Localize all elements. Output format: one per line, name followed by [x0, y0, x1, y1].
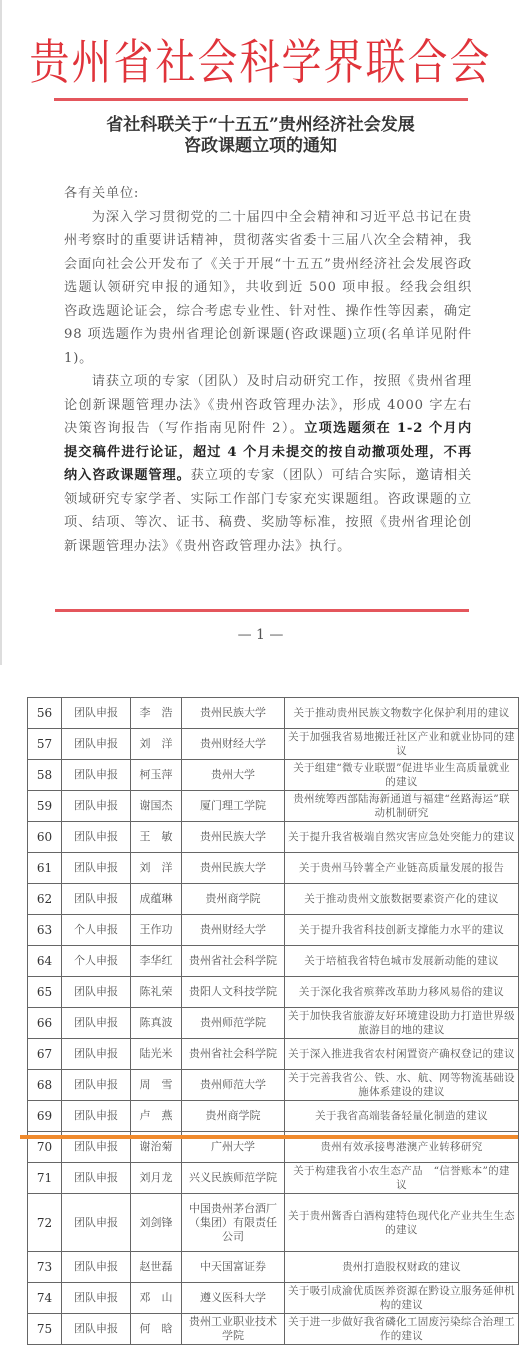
application-type-cell: 团队申报	[62, 1008, 131, 1039]
paragraph-2: 请获立项的专家（团队）及时启动研究工作，按照《贵州省理论创新课题管理办法》《贵州…	[64, 370, 472, 558]
applicant-name-cell: 卢 燕	[131, 1101, 182, 1132]
row-number-cell: 56	[28, 698, 62, 729]
table-row: 66团队申报陈真波贵州师范学院关于加快我省旅游友好环境建设助力打造世界级旅游目的…	[28, 1008, 519, 1039]
table-row: 62团队申报成蕴琳贵州商学院关于推动贵州文旅数据要素资产化的建议	[28, 884, 519, 915]
project-title-cell: 关于吸引成渝优质医养资源在黔设立服务延伸机构的建议	[285, 1283, 519, 1314]
project-title-cell: 贵州打造股权财政的建议	[285, 1252, 519, 1283]
project-title-cell: 关于深化我省殡葬改革助力移风易俗的建议	[285, 977, 519, 1008]
institution-cell: 贵州商学院	[182, 1101, 285, 1132]
applicant-name-cell: 谢国杰	[131, 791, 182, 822]
project-title-cell: 关于深入推进我省农村闲置资产确权登记的建议	[285, 1039, 519, 1070]
title-line-1: 省社科联关于“十五五”贵州经济社会发展	[2, 115, 519, 136]
applicant-name-cell: 柯玉萍	[131, 760, 182, 791]
institution-cell: 贵州省社会科学院	[182, 946, 285, 977]
project-title-cell: 关于贵州马铃薯全产业链高质量发展的报告	[285, 853, 519, 884]
application-type-cell: 团队申报	[62, 1101, 131, 1132]
application-type-cell: 团队申报	[62, 1163, 131, 1194]
table-row: 69团队申报卢 燕贵州商学院关于我省高端装备轻量化制造的建议	[28, 1101, 519, 1132]
applicant-name-cell: 刘 洋	[131, 729, 182, 760]
table-body: 56团队申报李 浩贵州民族大学关于推动贵州民族文物数字化保护利用的建议57团队申…	[28, 698, 519, 1345]
applicant-name-cell: 陈真波	[131, 1008, 182, 1039]
applicant-name-cell: 何 晗	[131, 1314, 182, 1345]
masthead-title: 贵州省社会科学界联合会	[2, 24, 519, 92]
row-number-cell: 68	[28, 1070, 62, 1101]
row-number-cell: 62	[28, 884, 62, 915]
applicant-name-cell: 成蕴琳	[131, 884, 182, 915]
table-row: 57团队申报刘 洋贵州财经大学关于加强我省易地搬迁社区产业和就业协同的建议	[28, 729, 519, 760]
institution-cell: 贵州财经大学	[182, 915, 285, 946]
row-number-cell: 66	[28, 1008, 62, 1039]
document-title: 省社科联关于“十五五”贵州经济社会发展 咨政课题立项的通知	[2, 115, 519, 157]
applicant-name-cell: 陈礼荣	[131, 977, 182, 1008]
project-title-cell: 关于组建“微专业联盟”促进毕业生高质量就业的建议	[285, 760, 519, 791]
application-type-cell: 个人申报	[62, 946, 131, 977]
row-number-cell: 58	[28, 760, 62, 791]
application-type-cell: 团队申报	[62, 853, 131, 884]
application-type-cell: 团队申报	[62, 760, 131, 791]
application-type-cell: 团队申报	[62, 1039, 131, 1070]
application-type-cell: 团队申报	[62, 698, 131, 729]
table-row: 71团队申报刘月龙兴义民族师范学院关于构建我省小农生态产品 “信誉账本”的建议	[28, 1163, 519, 1194]
masthead-red-rule	[54, 98, 468, 101]
institution-cell: 贵州工业职业技术学院	[182, 1314, 285, 1345]
applicant-name-cell: 刘 洋	[131, 853, 182, 884]
footer-red-rule	[55, 609, 469, 612]
application-type-cell: 团队申报	[62, 1194, 131, 1252]
applicant-name-cell: 王 敏	[131, 822, 182, 853]
row-number-cell: 69	[28, 1101, 62, 1132]
row-number-cell: 64	[28, 946, 62, 977]
institution-cell: 贵州师范学院	[182, 1008, 285, 1039]
project-title-cell: 关于培植我省特色城市发展新动能的建议	[285, 946, 519, 977]
applicant-name-cell: 刘月龙	[131, 1163, 182, 1194]
table-row: 75团队申报何 晗贵州工业职业技术学院关于进一步做好我省磷化工固废污染综合治理工…	[28, 1314, 519, 1345]
institution-cell: 贵州民族大学	[182, 698, 285, 729]
table-row: 56团队申报李 浩贵州民族大学关于推动贵州民族文物数字化保护利用的建议	[28, 698, 519, 729]
project-title-cell: 关于构建我省小农生态产品 “信誉账本”的建议	[285, 1163, 519, 1194]
table-row: 63个人申报王作功贵州财经大学关于提升我省科技创新支撑能力水平的建议	[28, 915, 519, 946]
applicant-name-cell: 周 雪	[131, 1070, 182, 1101]
applicant-name-cell: 邓 山	[131, 1283, 182, 1314]
project-title-cell: 贵州统筹西部陆海新通道与福建“丝路海运”联动机制研究	[285, 791, 519, 822]
project-list-table: 56团队申报李 浩贵州民族大学关于推动贵州民族文物数字化保护利用的建议57团队申…	[27, 697, 519, 1345]
row-number-cell: 67	[28, 1039, 62, 1070]
application-type-cell: 团队申报	[62, 822, 131, 853]
application-type-cell: 个人申报	[62, 915, 131, 946]
application-type-cell: 团队申报	[62, 1070, 131, 1101]
applicant-name-cell: 刘剑锋	[131, 1194, 182, 1252]
project-title-cell: 关于提升我省极端自然灾害应急处突能力的建议	[285, 822, 519, 853]
row-number-cell: 74	[28, 1283, 62, 1314]
row-number-cell: 63	[28, 915, 62, 946]
table-row: 60团队申报王 敏贵州民族大学关于提升我省极端自然灾害应急处突能力的建议	[28, 822, 519, 853]
notice-page: 贵州省社会科学界联合会 省社科联关于“十五五”贵州经济社会发展 咨政课题立项的通…	[0, 0, 519, 665]
table-row: 68团队申报周 雪贵州师范大学关于完善我省公、铁、水、航、网等物流基础设施体系建…	[28, 1070, 519, 1101]
institution-cell: 贵州民族大学	[182, 853, 285, 884]
title-line-2: 咨政课题立项的通知	[2, 136, 519, 157]
institution-cell: 贵州大学	[182, 760, 285, 791]
row-number-cell: 61	[28, 853, 62, 884]
institution-cell: 贵阳人文科技学院	[182, 977, 285, 1008]
institution-cell: 贵州省社会科学院	[182, 1039, 285, 1070]
project-title-cell: 关于推动贵州民族文物数字化保护利用的建议	[285, 698, 519, 729]
application-type-cell: 团队申报	[62, 977, 131, 1008]
institution-cell: 中国贵州茅台酒厂（集团）有限责任公司	[182, 1194, 285, 1252]
applicant-name-cell: 李华红	[131, 946, 182, 977]
highlight-orange-line	[20, 1135, 518, 1139]
table-row: 65团队申报陈礼荣贵阳人文科技学院关于深化我省殡葬改革助力移风易俗的建议	[28, 977, 519, 1008]
institution-cell: 贵州商学院	[182, 884, 285, 915]
row-number-cell: 71	[28, 1163, 62, 1194]
institution-cell: 贵州师范大学	[182, 1070, 285, 1101]
table-row: 74团队申报邓 山遵义医科大学关于吸引成渝优质医养资源在黔设立服务延伸机构的建议	[28, 1283, 519, 1314]
document-body: 各有关单位: 为深入学习贯彻党的二十届四中全会精神和习近平总书记在贵州考察时的重…	[64, 182, 472, 558]
applicant-name-cell: 赵世磊	[131, 1252, 182, 1283]
application-type-cell: 团队申报	[62, 884, 131, 915]
institution-cell: 贵州财经大学	[182, 729, 285, 760]
institution-cell: 贵州民族大学	[182, 822, 285, 853]
table-row: 61团队申报刘 洋贵州民族大学关于贵州马铃薯全产业链高质量发展的报告	[28, 853, 519, 884]
paragraph-1: 为深入学习贯彻党的二十届四中全会精神和习近平总书记在贵州考察时的重要讲话精神，贯…	[64, 206, 472, 371]
table-row: 59团队申报谢国杰厦门理工学院贵州统筹西部陆海新通道与福建“丝路海运”联动机制研…	[28, 791, 519, 822]
institution-cell: 兴义民族师范学院	[182, 1163, 285, 1194]
salutation: 各有关单位:	[64, 182, 472, 206]
project-title-cell: 关于提升我省科技创新支撑能力水平的建议	[285, 915, 519, 946]
row-number-cell: 60	[28, 822, 62, 853]
project-title-cell: 关于贵州酱香白酒构建特色现代化产业共生生态的建议	[285, 1194, 519, 1252]
project-title-cell: 关于进一步做好我省磷化工固废污染综合治理工作的建议	[285, 1314, 519, 1345]
applicant-name-cell: 陆光米	[131, 1039, 182, 1070]
table-row: 58团队申报柯玉萍贵州大学关于组建“微专业联盟”促进毕业生高质量就业的建议	[28, 760, 519, 791]
row-number-cell: 59	[28, 791, 62, 822]
applicant-name-cell: 李 浩	[131, 698, 182, 729]
institution-cell: 遵义医科大学	[182, 1283, 285, 1314]
row-number-cell: 72	[28, 1194, 62, 1252]
project-title-cell: 关于推动贵州文旅数据要素资产化的建议	[285, 884, 519, 915]
institution-cell: 中天国富证券	[182, 1252, 285, 1283]
row-number-cell: 65	[28, 977, 62, 1008]
project-title-cell: 关于完善我省公、铁、水、航、网等物流基础设施体系建设的建议	[285, 1070, 519, 1101]
page-gap	[0, 665, 519, 695]
institution-cell: 厦门理工学院	[182, 791, 285, 822]
table-row: 72团队申报刘剑锋中国贵州茅台酒厂（集团）有限责任公司关于贵州酱香白酒构建特色现…	[28, 1194, 519, 1252]
application-type-cell: 团队申报	[62, 791, 131, 822]
project-title-cell: 关于加强我省易地搬迁社区产业和就业协同的建议	[285, 729, 519, 760]
row-number-cell: 73	[28, 1252, 62, 1283]
application-type-cell: 团队申报	[62, 1314, 131, 1345]
applicant-name-cell: 王作功	[131, 915, 182, 946]
table-row: 67团队申报陆光米贵州省社会科学院关于深入推进我省农村闲置资产确权登记的建议	[28, 1039, 519, 1070]
application-type-cell: 团队申报	[62, 1283, 131, 1314]
project-title-cell: 关于我省高端装备轻量化制造的建议	[285, 1101, 519, 1132]
table-row: 64个人申报李华红贵州省社会科学院关于培植我省特色城市发展新动能的建议	[28, 946, 519, 977]
application-type-cell: 团队申报	[62, 1252, 131, 1283]
table-row: 73团队申报赵世磊中天国富证券贵州打造股权财政的建议	[28, 1252, 519, 1283]
page-number: — 1 —	[2, 627, 519, 643]
project-title-cell: 关于加快我省旅游友好环境建设助力打造世界级旅游目的地的建议	[285, 1008, 519, 1039]
row-number-cell: 75	[28, 1314, 62, 1345]
row-number-cell: 57	[28, 729, 62, 760]
application-type-cell: 团队申报	[62, 729, 131, 760]
